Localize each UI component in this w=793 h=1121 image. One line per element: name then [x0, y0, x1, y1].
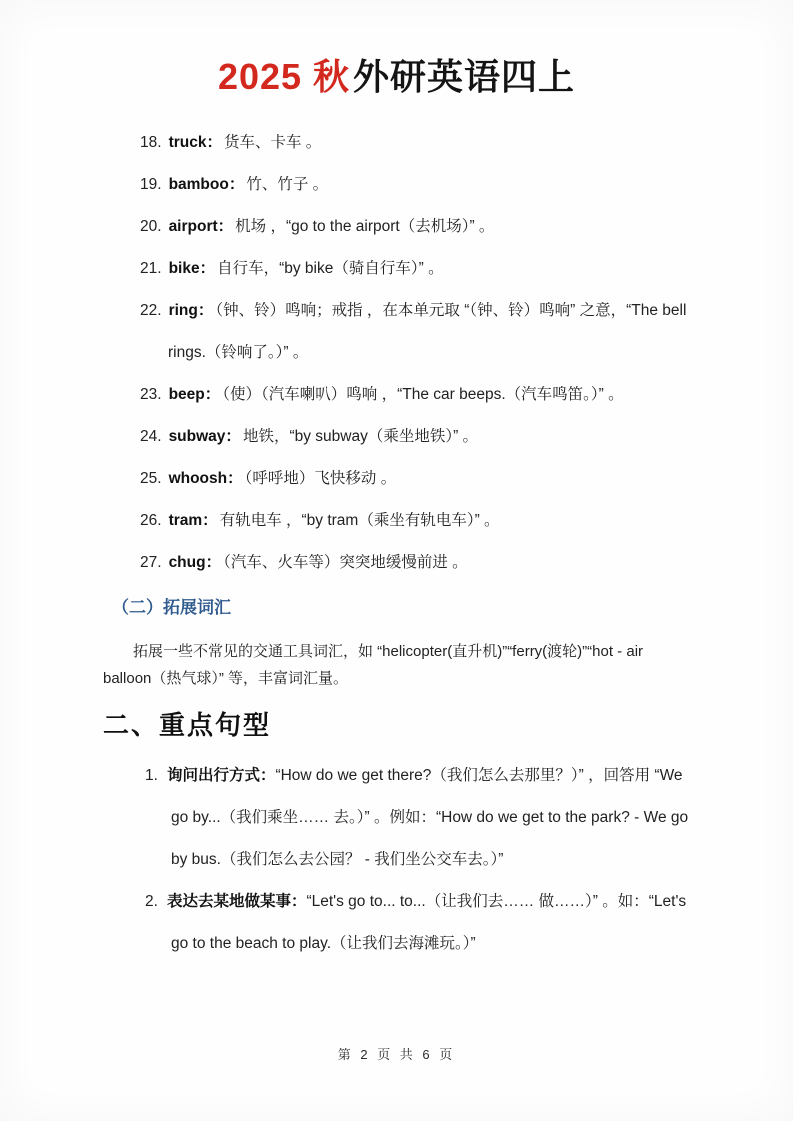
vocab-item-22: 22.ring：（钟、铃）鸣响；戒指 ，在本单元取 “（钟、铃）鸣响” 之意，“…	[140, 290, 697, 374]
sentence-item-2: 2.表达去某地做某事：“Let's go to... to...（让我们去…… …	[145, 881, 695, 965]
vocab-colon: ：	[218, 218, 234, 235]
item-number: 27.	[140, 554, 162, 571]
vocab-colon: ：	[227, 470, 243, 487]
vocab-word: airport	[169, 218, 218, 235]
vocab-definition: 竹、竹子 。	[246, 176, 328, 193]
vocab-word: chug	[169, 554, 206, 571]
expansion-section-heading: （二）拓展词汇	[112, 597, 793, 619]
vocab-colon: ：	[225, 428, 241, 445]
vocab-colon: ：	[198, 302, 214, 319]
vocab-word: bike	[169, 260, 200, 277]
item-number: 2.	[145, 893, 158, 910]
sentence-pattern-list: 1.询问出行方式：“How do we get there?（我们怎么去那里？）…	[145, 755, 695, 965]
page-number-footer: 第 2 页 共 6 页	[0, 1044, 793, 1063]
vocab-item-23: 23.beep：（使）（汽车喇叭）鸣响 ，“The car beeps.（汽车鸣…	[140, 374, 697, 416]
item-number: 23.	[140, 386, 162, 403]
key-sentence-patterns-heading: 二、重点句型	[103, 709, 793, 743]
vocab-colon: ：	[200, 260, 216, 277]
vocab-word: truck	[169, 134, 207, 151]
vocab-item-19: 19.bamboo：竹、竹子 。	[140, 164, 697, 206]
vocab-item-27: 27.chug：（汽车、火车等）突突地缓慢前进 。	[140, 542, 697, 584]
item-number: 21.	[140, 260, 162, 277]
sentence-label: 表达去某地做某事：	[167, 893, 307, 910]
vocab-definition: 货车、卡车 。	[224, 134, 321, 151]
vocab-word: whoosh	[169, 470, 228, 487]
document-page: 2025 秋外研英语四上 18.truck：货车、卡车 。 19.bamboo：…	[0, 0, 793, 1121]
vocab-colon: ：	[206, 134, 222, 151]
vocab-item-26: 26.tram：有轨电车 ，“by tram（乘坐有轨电车）” 。	[140, 500, 697, 542]
vocab-colon: ：	[229, 176, 245, 193]
title-book-name: 外研英语四上	[353, 56, 575, 97]
vocab-definition: 地铁，“by subway（乘坐地铁）” 。	[243, 428, 478, 445]
item-number: 24.	[140, 428, 162, 445]
vocab-item-20: 20.airport：机场 ，“go to the airport（去机场）” …	[140, 206, 697, 248]
item-number: 19.	[140, 176, 162, 193]
vocab-item-18: 18.truck：货车、卡车 。	[140, 122, 697, 164]
vocab-list: 18.truck：货车、卡车 。 19.bamboo：竹、竹子 。 20.air…	[140, 122, 697, 584]
item-number: 26.	[140, 512, 162, 529]
vocab-definition: 有轨电车 ，“by tram（乘坐有轨电车）” 。	[220, 512, 500, 529]
vocab-colon: ：	[202, 512, 218, 529]
vocab-word: ring	[169, 302, 198, 319]
vocab-colon: ：	[206, 554, 222, 571]
item-number: 22.	[140, 302, 162, 319]
vocab-word: subway	[169, 428, 226, 445]
vocab-definition: （汽车、火车等）突突地缓慢前进 。	[223, 554, 468, 571]
vocab-definition: 自行车，“by bike（骑自行车）” 。	[217, 260, 444, 277]
item-number: 1.	[145, 767, 158, 784]
sentence-label: 询问出行方式：	[167, 767, 276, 784]
vocab-item-24: 24.subway：地铁，“by subway（乘坐地铁）” 。	[140, 416, 697, 458]
title-year-season: 2025 秋	[218, 56, 350, 97]
vocab-item-21: 21.bike：自行车，“by bike（骑自行车）” 。	[140, 248, 697, 290]
vocab-item-25: 25.whoosh：（呼呼地）飞快移动 。	[140, 458, 697, 500]
sentence-item-1: 1.询问出行方式：“How do we get there?（我们怎么去那里？）…	[145, 755, 695, 881]
item-number: 20.	[140, 218, 162, 235]
item-number: 18.	[140, 134, 162, 151]
vocab-word: bamboo	[169, 176, 229, 193]
vocab-word: tram	[169, 512, 203, 529]
vocab-definition: （呼呼地）飞快移动 。	[245, 470, 397, 487]
vocab-definition: 机场 ，“go to the airport（去机场）” 。	[235, 218, 494, 235]
item-number: 25.	[140, 470, 162, 487]
vocab-colon: ：	[205, 386, 221, 403]
vocab-definition: （钟、铃）鸣响；戒指 ，在本单元取 “（钟、铃）鸣响” 之意，“The bell…	[168, 302, 686, 361]
expansion-paragraph: 拓展一些不常见的交通工具词汇，如 “helicopter(直升机)”“ferry…	[103, 638, 687, 692]
page-title: 2025 秋外研英语四上	[0, 55, 793, 98]
vocab-definition: （使）（汽车喇叭）鸣响 ，“The car beeps.（汽车鸣笛。）” 。	[222, 386, 623, 403]
vocab-word: beep	[169, 386, 205, 403]
